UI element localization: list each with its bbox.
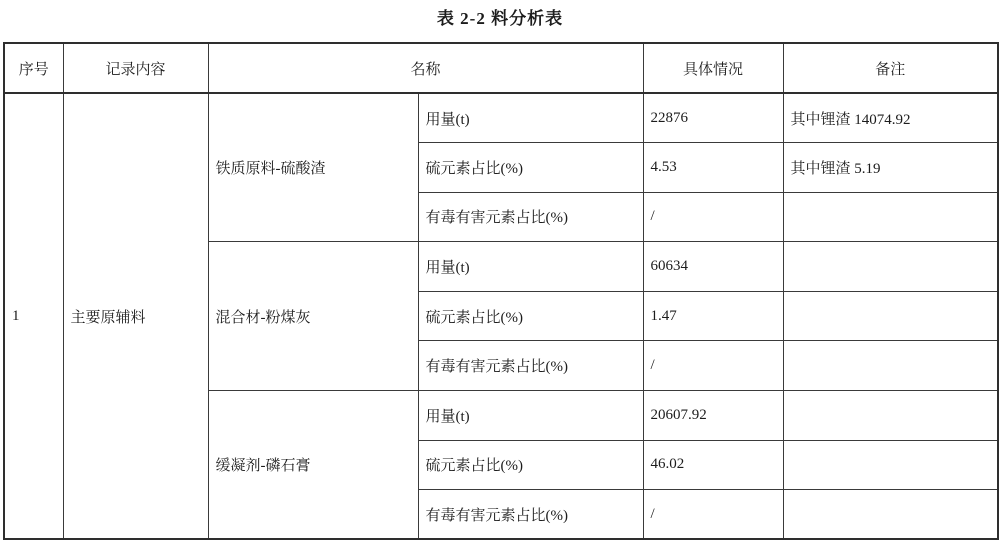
document-page: 表 2-2 料分析表 序号 记录内容 名称 具体情况 备注 1 主要原辅料 铁质… [0,0,1000,542]
cell-group-name: 混合材-粉煤灰 [208,242,418,391]
cell-group-name: 铁质原料-硫酸渣 [208,93,418,242]
cell-metric: 硫元素占比(%) [418,291,643,341]
cell-remark [783,242,998,292]
cell-remark [783,341,998,391]
header-name: 名称 [208,43,643,93]
cell-row-index: 1 [4,93,63,539]
header-index: 序号 [4,43,63,93]
cell-metric: 有毒有害元素占比(%) [418,192,643,242]
header-remark: 备注 [783,43,998,93]
cell-remark [783,490,998,540]
header-row: 序号 记录内容 名称 具体情况 备注 [4,43,998,93]
cell-metric: 用量(t) [418,242,643,292]
header-record-content: 记录内容 [63,43,208,93]
cell-value: 60634 [643,242,783,292]
table-row: 1 主要原辅料 铁质原料-硫酸渣 用量(t) 22876 其中锂渣 14074.… [4,93,998,143]
cell-value: 22876 [643,93,783,143]
cell-metric: 用量(t) [418,93,643,143]
cell-remark [783,440,998,490]
cell-group-name: 缓凝剂-磷石膏 [208,391,418,540]
cell-record-content: 主要原辅料 [63,93,208,539]
cell-value: 46.02 [643,440,783,490]
material-analysis-table: 序号 记录内容 名称 具体情况 备注 1 主要原辅料 铁质原料-硫酸渣 用量(t… [3,42,999,540]
cell-remark [783,391,998,441]
cell-metric: 有毒有害元素占比(%) [418,490,643,540]
cell-metric: 硫元素占比(%) [418,143,643,193]
cell-remark [783,291,998,341]
cell-remark [783,192,998,242]
cell-metric: 用量(t) [418,391,643,441]
cell-value: / [643,490,783,540]
cell-remark: 其中锂渣 14074.92 [783,93,998,143]
cell-remark: 其中锂渣 5.19 [783,143,998,193]
cell-value: / [643,341,783,391]
cell-value: 1.47 [643,291,783,341]
cell-value: 20607.92 [643,391,783,441]
cell-metric: 有毒有害元素占比(%) [418,341,643,391]
cell-value: / [643,192,783,242]
table-title: 表 2-2 料分析表 [0,8,1000,30]
cell-metric: 硫元素占比(%) [418,440,643,490]
header-detail: 具体情况 [643,43,783,93]
cell-value: 4.53 [643,143,783,193]
